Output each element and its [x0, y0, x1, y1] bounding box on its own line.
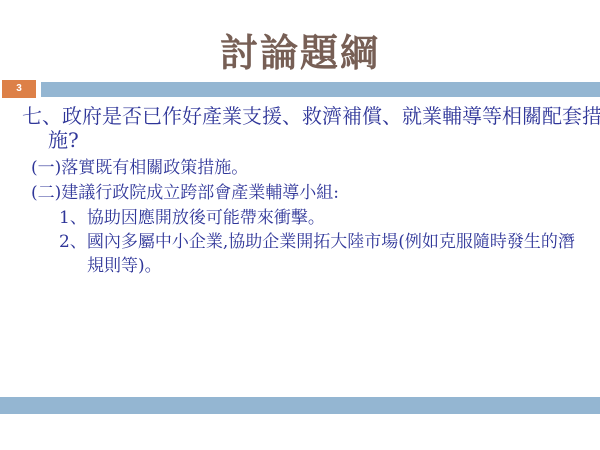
- list-item-2: (二)建議行政院成立跨部會產業輔導小組:: [31, 181, 588, 206]
- list-item-1: (一)落實既有相關政策措施。: [31, 156, 588, 181]
- heading-line-1: 七、政府是否已作好產業支援、救濟補償、就業輔導等相關配套措: [22, 104, 588, 128]
- slide-body: 七、政府是否已作好產業支援、救濟補償、就業輔導等相關配套措 施? (一)落實既有…: [22, 104, 588, 278]
- header-accent-bar: [41, 82, 600, 97]
- sub-list-item-2-continuation: 規則等)。: [87, 254, 588, 278]
- footer-accent-bar: [0, 397, 600, 414]
- sub-list-item-1: 1、協助因應開放後可能帶來衝擊。: [59, 206, 588, 230]
- sub-list-item-2: 2、國內多屬中小企業,協助企業開拓大陸市場(例如克服隨時發生的潛: [59, 230, 588, 254]
- slide-title: 討論題綱: [0, 22, 600, 77]
- heading-line-2: 施?: [48, 128, 588, 152]
- presentation-slide: 討論題綱 3 七、政府是否已作好產業支援、救濟補償、就業輔導等相關配套措 施? …: [0, 0, 600, 450]
- page-number-badge: 3: [2, 80, 36, 98]
